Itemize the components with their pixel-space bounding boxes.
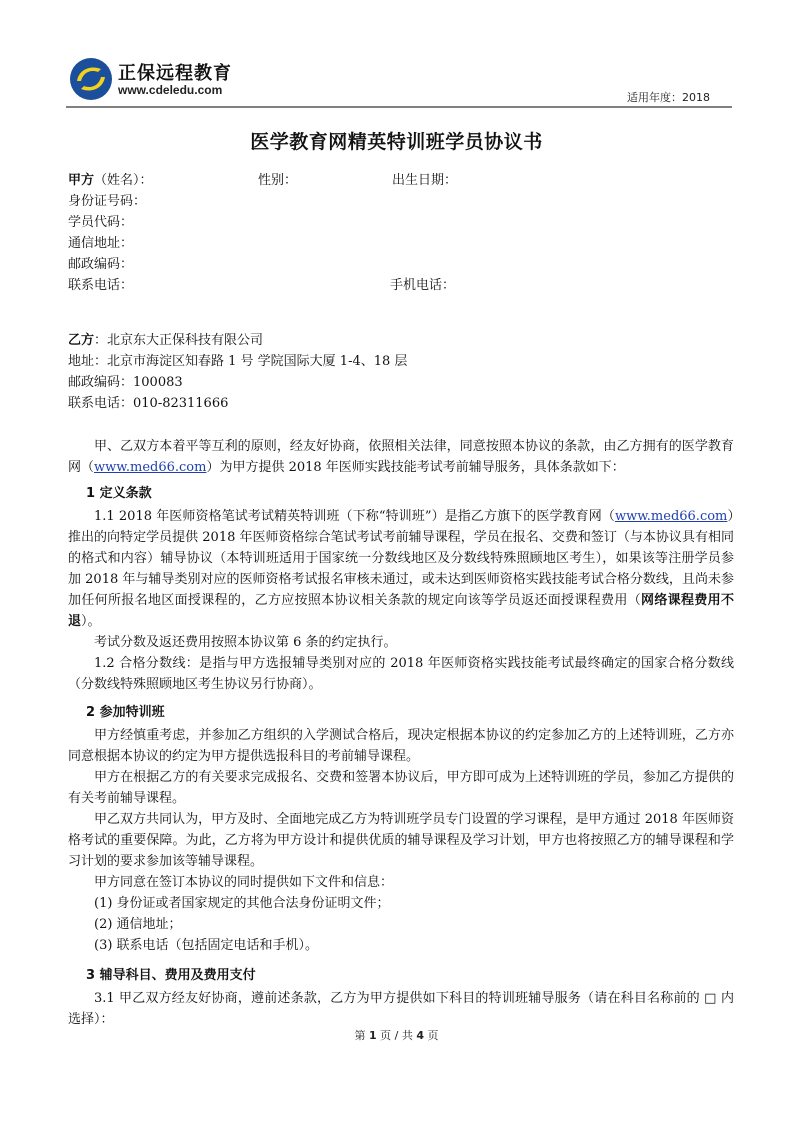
party-b-name: ：北京东大正保科技有限公司 <box>94 333 263 348</box>
header-rule <box>66 106 732 108</box>
section-1-heading: 1 定义条款 <box>68 482 734 506</box>
party-a-phone-row: 联系电话： 手机电话： <box>68 275 734 296</box>
id-number-label: 身份证号码： <box>68 191 734 212</box>
page-footer: 第 1 页 / 共 4 页 <box>0 1027 793 1043</box>
postcode-label: 邮政编码： <box>68 254 734 275</box>
clause-1-note: 考试分数及返还费用按照本协议第 6 条的约定执行。 <box>68 632 734 653</box>
cdeledu-logo-icon <box>69 57 113 101</box>
section-2-paragraph-4: 甲方同意在签订本协议的同时提供如下文件和信息： <box>68 872 734 893</box>
document-title: 医学教育网精英特训班学员协议书 <box>0 127 793 154</box>
party-b-address: 地址：北京市海淀区知春路 1 号 学院国际大厦 1-4、18 层 <box>68 351 734 372</box>
clause-1-1: 1.1 2018 年医师资格笔试考试精英特训班（下称“特训班”）是指乙方旗下的医… <box>68 506 734 632</box>
name-label: （姓名）： <box>94 173 153 188</box>
document-body: 甲方（姓名）： 性别： 出生日期： 身份证号码： 学员代码： 通信地址： 邮政编… <box>68 170 734 1030</box>
brand-name: 正保远程教育 <box>118 59 232 85</box>
party-b-row: 乙方：北京东大正保科技有限公司 <box>68 330 734 351</box>
party-b-label: 乙方 <box>68 333 94 348</box>
mobile-label: 手机电话： <box>390 275 455 296</box>
required-doc-3: (3) 联系电话（包括固定电话和手机）。 <box>68 935 734 956</box>
med66-link-2[interactable]: www.med66.com <box>615 509 727 524</box>
birth-label: 出生日期： <box>392 170 457 191</box>
address-label: 通信地址： <box>68 233 734 254</box>
total-pages: 4 <box>416 1029 424 1042</box>
section-2-paragraph-1: 甲方经慎重考虑，并参加乙方组织的入学测试合格后，现决定根据本协议的约定参加乙方的… <box>68 725 734 767</box>
student-code-label: 学员代码： <box>68 212 734 233</box>
party-b-phone: 联系电话：010-82311666 <box>68 393 734 414</box>
med66-link[interactable]: www.med66.com <box>94 460 206 475</box>
party-a-label: 甲方 <box>68 173 94 188</box>
phone-label: 联系电话： <box>68 278 133 293</box>
party-b-postcode: 邮政编码：100083 <box>68 372 734 393</box>
section-2-heading: 2 参加特训班 <box>68 701 734 725</box>
section-2-paragraph-3: 甲乙双方共同认为，甲方及时、全面地完成乙方为特训班学员专门设置的学习课程，是甲方… <box>68 809 734 872</box>
document-page: 正保远程教育 www.cdeledu.com 适用年度：2018 医学教育网精英… <box>0 0 793 1122</box>
clause-1-2: 1.2 合格分数线：是指与甲方选报辅导类别对应的 2018 年医师资格实践技能考… <box>68 653 734 695</box>
intro-paragraph: 甲、乙双方本着平等互利的原则，经友好协商，依照相关法律，同意按照本协议的条款，由… <box>68 436 734 478</box>
current-page: 1 <box>369 1029 377 1042</box>
required-doc-1: (1) 身份证或者国家规定的其他合法身份证明文件； <box>68 893 734 914</box>
section-2-paragraph-2: 甲方在根据乙方的有关要求完成报名、交费和签署本协议后，甲方即可成为上述特训班的学… <box>68 767 734 809</box>
section-3-heading: 3 辅导科目、费用及费用支付 <box>68 964 734 988</box>
applicable-year: 适用年度：2018 <box>627 89 710 105</box>
required-doc-2: (2) 通信地址； <box>68 914 734 935</box>
clause-3-1: 3.1 甲乙双方经友好协商，遵前述条款，乙方为甲方提供如下科目的特训班辅导服务（… <box>68 988 734 1030</box>
gender-label: 性别： <box>258 170 297 191</box>
brand-url: www.cdeledu.com <box>118 83 222 97</box>
party-a-row-1: 甲方（姓名）： 性别： 出生日期： <box>68 170 734 191</box>
page-header: 正保远程教育 www.cdeledu.com 适用年度：2018 <box>66 55 732 110</box>
